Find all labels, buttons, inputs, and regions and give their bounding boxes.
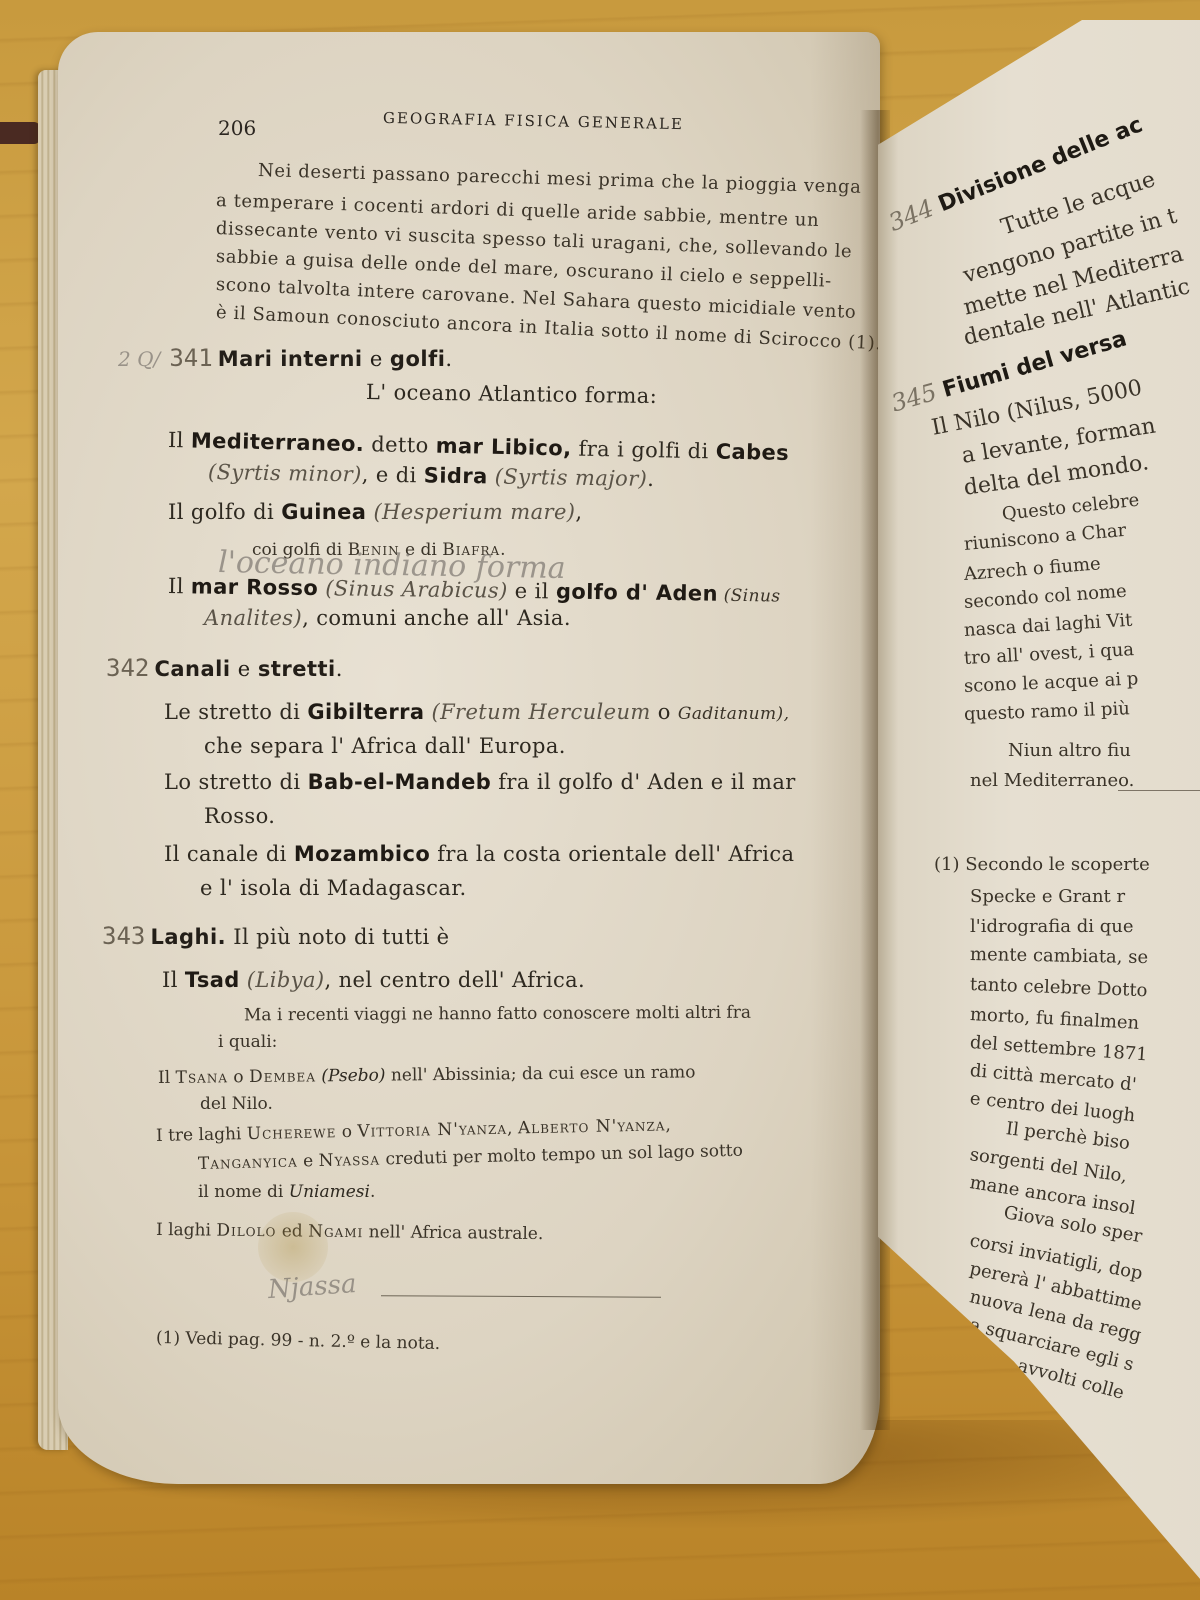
left-page: 206 GEOGRAFIA FISICA GENERALE Nei desert… — [58, 32, 880, 1484]
section-title: Mari interni e golfi. — [218, 347, 453, 371]
lake-item-tsana-cont: del Nilo. — [200, 1094, 273, 1114]
section-342-heading: 342 Canali e stretti. — [106, 654, 343, 682]
list-item-tsad: Il Tsad (Libya), nel centro dell' Africa… — [162, 968, 585, 992]
recent-travels-line: Ma i recenti viaggi ne hanno fatto conos… — [244, 1003, 751, 1026]
paragraph-line: secondo col nome — [963, 581, 1127, 613]
footnote-line: l'idrografia di que — [970, 916, 1134, 937]
footnote-line: e centro dei luogh — [969, 1088, 1136, 1126]
paragraph-line: riuniscono a Char — [963, 520, 1127, 555]
section-341-heading: 2 Q/ 341 Mari interni e golfi. — [118, 344, 453, 372]
pencil-signature: Njassa — [267, 1269, 357, 1305]
section-number: 342 — [106, 654, 149, 682]
list-item-bab-el-mandeb: Lo stretto di Bab-el-Mandeb fra il golfo… — [164, 770, 796, 794]
section-title: Laghi. Il più noto di tutti è — [150, 925, 449, 949]
list-item-bab-el-mandeb-cont: Rosso. — [204, 804, 275, 828]
list-item-guinea: Il golfo di Guinea (Hesperium mare), — [168, 500, 582, 524]
list-item-mozambico-cont: e l' isola di Madagascar. — [200, 876, 467, 900]
section-number: 345 — [888, 378, 940, 418]
paragraph-line: nasca dai laghi Vit — [963, 610, 1133, 641]
list-item-mar-rosso: Il mar Rosso (Sinus Arabicus) e il golfo… — [168, 574, 781, 607]
lake-item-ucherewe-cont: Tanganyica e Nyassa creduti per molto te… — [198, 1141, 743, 1174]
section-number: 343 — [102, 922, 145, 950]
paragraph-line: scono le acque ai p — [964, 668, 1139, 697]
list-item-mediterraneo: Il Mediterraneo. detto mar Libico, fra i… — [168, 428, 790, 465]
running-header: GEOGRAFIA FISICA GENERALE — [383, 109, 684, 133]
list-item-mozambico: Il canale di Mozambico fra la costa orie… — [164, 842, 794, 866]
bookmark-ribbon — [0, 122, 40, 144]
paragraph-line: questo ramo il più — [964, 698, 1131, 725]
section-title: Canali e stretti. — [154, 657, 343, 681]
footnote-divider — [1118, 790, 1200, 791]
lake-item-ucherewe: I tre laghi Ucherewe o Vittoria N'yanza,… — [156, 1115, 671, 1146]
list-item-mediterraneo-cont: (Syrtis minor), e di Sidra (Syrtis major… — [208, 460, 655, 491]
list-item-mar-rosso-cont: Analites), comuni anche all' Asia. — [204, 606, 571, 630]
section-number: 341 — [169, 344, 212, 372]
page-number: 206 — [218, 116, 256, 140]
footnote-line: tanto celebre Dotto — [970, 974, 1148, 1001]
footnote-line: morto, fu finalmen — [969, 1004, 1139, 1034]
footnote: (1) Vedi pag. 99 - n. 2.º e la nota. — [156, 1328, 441, 1354]
footnote-line: del settembre 1871 — [969, 1032, 1148, 1065]
lake-item-dilolo: I laghi Dilolo ed Ngami nell' Africa aus… — [156, 1220, 544, 1244]
pencil-margin-note: 2 Q/ — [118, 347, 160, 371]
footnote-line: Specke e Grant r — [970, 886, 1125, 907]
footnote-line: mente cambiata, se — [970, 944, 1148, 968]
paragraph-line: Azrech o fiume — [963, 553, 1101, 585]
lake-item-tsana: Il Tsana o Dembea (Psebo) nell' Abissini… — [158, 1062, 696, 1088]
section-intro: L' oceano Atlantico forma: — [366, 380, 657, 408]
paragraph-line: Nei deserti passano parecchi mesi prima … — [258, 160, 862, 198]
list-item-gibilterra-cont: che separa l' Africa dall' Europa. — [204, 734, 566, 758]
paragraph-line: Niun altro fiu — [1008, 740, 1131, 761]
section-343-heading: 343 Laghi. Il più noto di tutti è — [102, 922, 450, 950]
recent-travels-line: i quali: — [218, 1032, 277, 1052]
section-number: 344 — [885, 194, 938, 237]
list-item-gibilterra: Le stretto di Gibilterra (Fretum Hercule… — [164, 700, 789, 724]
paragraph-line: tro all' ovest, i qua — [963, 639, 1134, 669]
right-page: 344 Divisione delle ac Tutte le acque ve… — [878, 20, 1200, 1580]
paragraph-line: nel Mediterraneo. — [970, 770, 1134, 791]
lake-item-ucherewe-cont-2: il nome di Uniamesi. — [198, 1182, 375, 1202]
footnote-line: (1) Secondo le scoperte — [934, 854, 1150, 875]
footnote-divider — [381, 1295, 661, 1297]
